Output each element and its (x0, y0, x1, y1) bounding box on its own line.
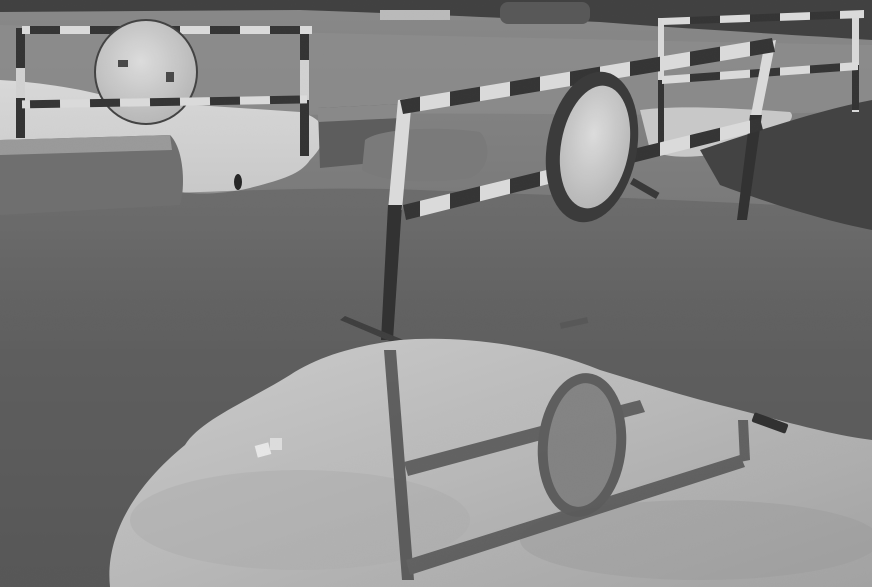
photo-scene (0, 0, 872, 587)
